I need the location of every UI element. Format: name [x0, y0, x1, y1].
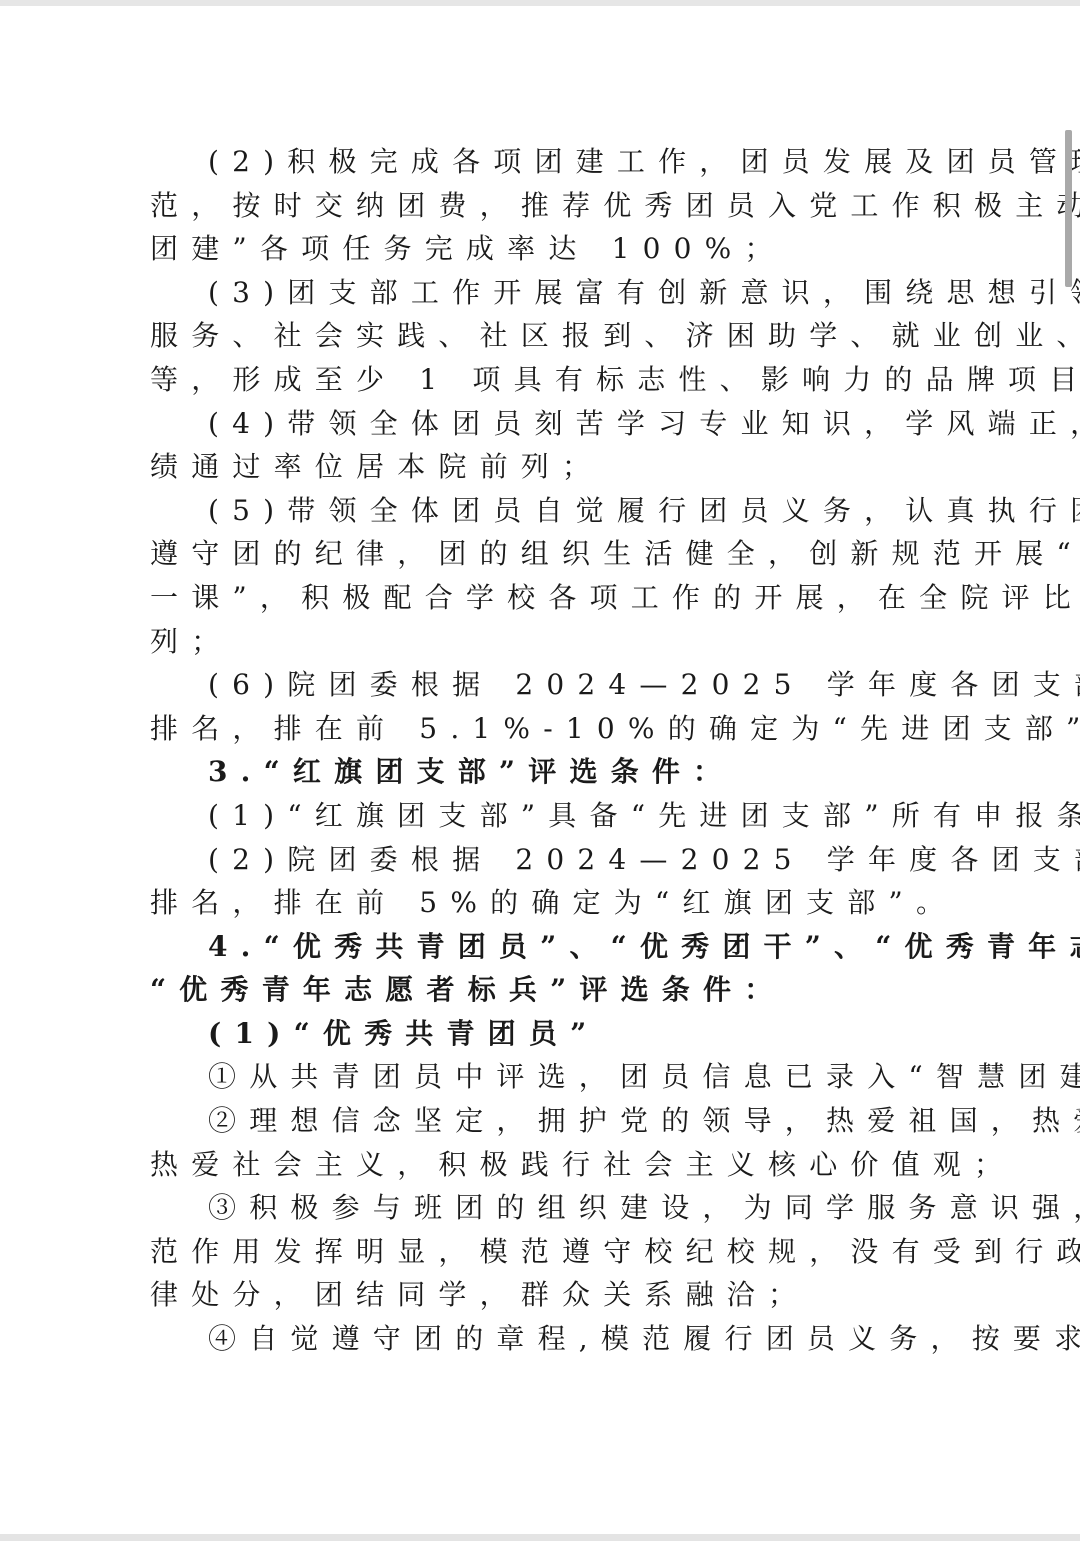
text-line: ③积极参与班团的组织建设，为同学服务意识强，团员模 [150, 1186, 940, 1230]
text-line: 列； [150, 620, 940, 664]
text-line: 热爱社会主义，积极践行社会主义核心价值观； [150, 1143, 940, 1187]
section-heading: 4.“优秀共青团员”、“优秀团干”、“优秀青年志愿者”、 [150, 925, 940, 969]
subsection-heading: (1)“优秀共青团员” [150, 1012, 940, 1056]
text-line: 一课”，积极配合学校各项工作的开展，在全院评比中排名前 [150, 576, 940, 620]
text-line: ④自觉遵守团的章程,模范履行团员义务，按要求参加“三 [150, 1317, 940, 1361]
bottom-edge-bar [0, 1534, 1080, 1541]
text-line: 服务、社会实践、社区报到、济困助学、就业创业、岗位建功 [150, 314, 940, 358]
scrollbar-thumb[interactable] [1065, 130, 1072, 287]
text-line: (4)带领全体团员刻苦学习专业知识，学风端正，考试成 [150, 402, 940, 446]
text-line: 绩通过率位居本院前列； [150, 445, 940, 489]
text-line: 等，形成至少 1 项具有标志性、影响力的品牌项目； [150, 358, 940, 402]
text-line: 排名，排在前 5.1%-10%的确定为“先进团支部”。 [150, 707, 940, 751]
text-line: 范作用发挥明显，模范遵守校纪校规，没有受到行政、团内纪 [150, 1230, 940, 1274]
text-line: 范，按时交纳团费，推荐优秀团员入党工作积极主动，“智慧 [150, 184, 940, 228]
text-line: ②理想信念坚定，拥护党的领导，热爱祖国，热爱人民， [150, 1099, 940, 1143]
text-line: (6)院团委根据 2024—2025 学年度各团支部工作考核成绩 [150, 663, 940, 707]
text-line: (2)积极完成各项团建工作，团员发展及团员管理工作规 [150, 140, 940, 184]
text-line: ①从共青团员中评选，团员信息已录入“智慧团建”系统； [150, 1055, 940, 1099]
section-heading: 3.“红旗团支部”评选条件： [150, 750, 940, 794]
text-line: (2)院团委根据 2024—2025 学年度各团支部工作考核成绩 [150, 838, 940, 882]
text-line: (1)“红旗团支部”具备“先进团支部”所有申报条件； [150, 794, 940, 838]
text-line: 团建”各项任务完成率达 100%； [150, 227, 940, 271]
text-line: 律处分，团结同学，群众关系融洽； [150, 1273, 940, 1317]
top-edge-bar [0, 0, 1080, 6]
text-line: (3)团支部工作开展富有创新意识，围绕思想引领、志愿 [150, 271, 940, 315]
text-line: 遵守团的纪律，团的组织生活健全，创新规范开展“三会两制 [150, 532, 940, 576]
text-line: 排名，排在前 5%的确定为“红旗团支部”。 [150, 881, 940, 925]
document-page: (2)积极完成各项团建工作，团员发展及团员管理工作规 范，按时交纳团费，推荐优秀… [150, 140, 940, 1361]
section-heading: “优秀青年志愿者标兵”评选条件： [150, 968, 940, 1012]
text-line: (5)带领全体团员自觉履行团员义务，认真执行团的决议， [150, 489, 940, 533]
